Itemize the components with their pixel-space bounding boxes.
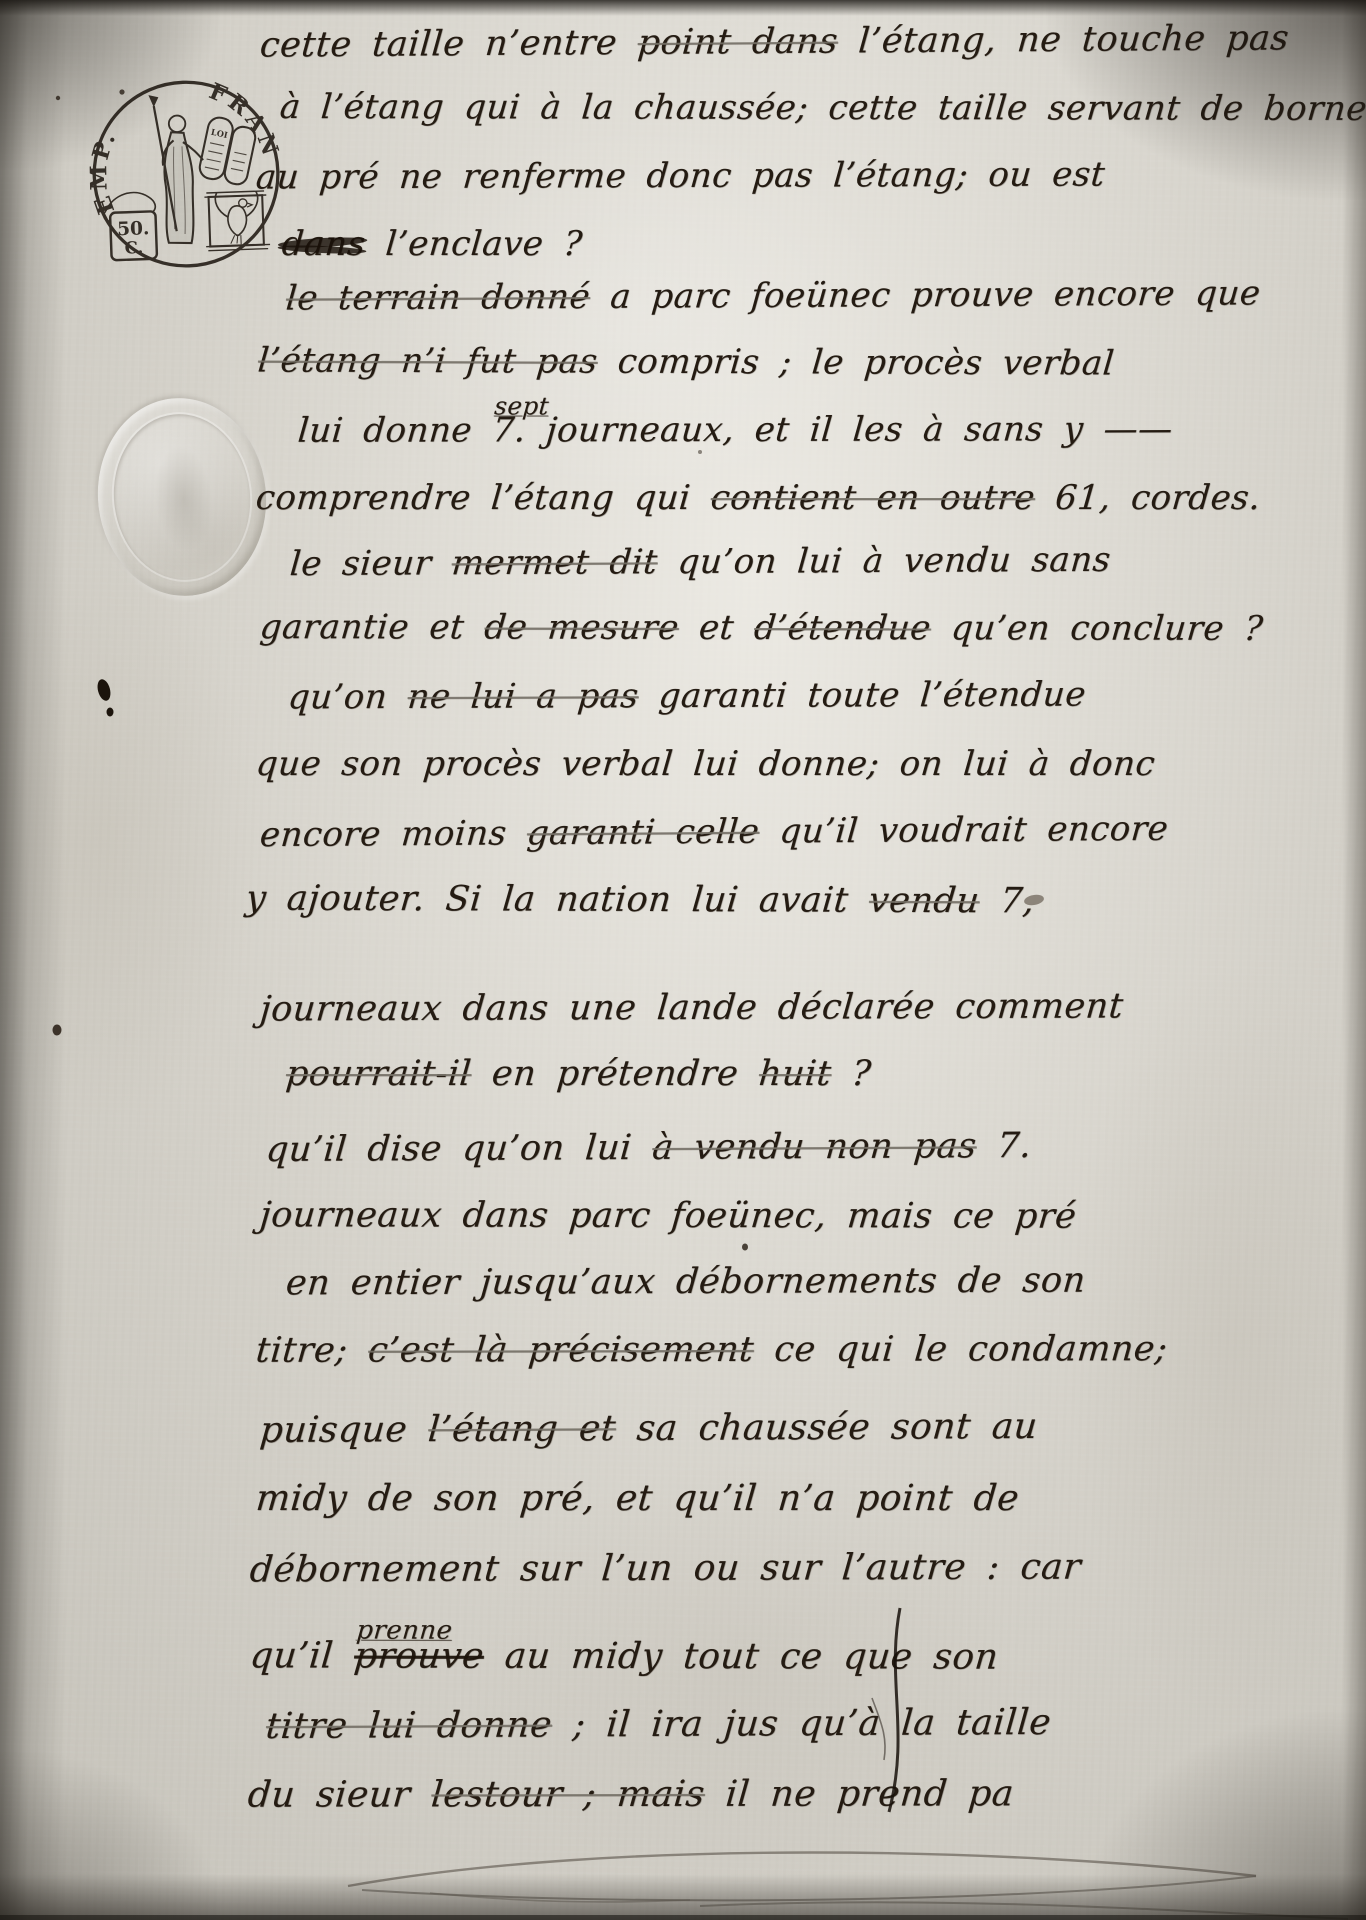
text-segment: que son procès verbal lui donne; on lui … bbox=[254, 744, 1157, 784]
manuscript-line: du sieur lestour ; mais il ne prend pa bbox=[246, 1773, 1015, 1815]
manuscript-line: midy de son pré, et qu’il n’a point de bbox=[254, 1478, 1021, 1519]
manuscript-line: journeaux dans une lande déclarée commen… bbox=[258, 986, 1125, 1029]
text-segment: 61, cordes. bbox=[1033, 478, 1262, 518]
manuscript-line: en entier jusqu’aux débornements de son bbox=[284, 1261, 1087, 1304]
manuscript-line: cette taille n’entre point dans l’étang,… bbox=[258, 18, 1290, 65]
manuscript-line: qu’il prouveprenne au midy tout ce que s… bbox=[248, 1635, 1000, 1677]
pencil-checked-word: contient en outre bbox=[709, 478, 1037, 518]
text-segment: midy de son pré, et qu’il n’a point de bbox=[254, 1478, 1021, 1519]
text-segment: encore moins bbox=[258, 813, 528, 855]
pencil-checked-word: garanti celle bbox=[525, 812, 761, 854]
manuscript-line: encore moins garanti celle qu’il voudrai… bbox=[258, 809, 1169, 855]
manuscript-line: à l’étang qui à la chaussée; cette taill… bbox=[278, 87, 1366, 129]
pencil-checked-word: l’étang et bbox=[427, 1408, 618, 1450]
text-segment: à l’étang qui à la chaussée; cette taill… bbox=[278, 87, 1366, 129]
text-segment: 7. bbox=[975, 1126, 1033, 1166]
pencil-checked-word: le terrain donné bbox=[284, 277, 591, 319]
text-segment: journeaux dans parc foeünec, mais ce pré bbox=[258, 1195, 1078, 1236]
text-segment: qu’il bbox=[248, 1635, 356, 1676]
manuscript-line: y ajouter. Si la nation lui avait vendu … bbox=[244, 879, 1036, 922]
text-segment: qu’on lui à vendu sans bbox=[656, 540, 1113, 582]
manuscript-line: au pré ne renferme donc pas l’étang; ou … bbox=[254, 155, 1106, 198]
manuscript-photo: { "colors": { "ink": "#241b12", "paper":… bbox=[0, 0, 1366, 1920]
text-segment: titre; bbox=[254, 1331, 370, 1371]
text-segment: a parc foeünec prouve encore que bbox=[588, 273, 1262, 317]
text-segment: journeaux, et il les à sans y —— bbox=[524, 409, 1174, 450]
text-segment: du sieur bbox=[246, 1774, 433, 1815]
text-segment: garanti toute l’étendue bbox=[637, 675, 1088, 717]
text-segment: 7, bbox=[978, 881, 1037, 921]
text-segment: comprendre l’étang qui bbox=[254, 478, 712, 518]
manuscript-line: titre lui donne ; il ira jus qu’à la tai… bbox=[264, 1702, 1052, 1747]
text-segment: au pré ne renferme donc pas l’étang; ou … bbox=[254, 155, 1106, 198]
text-segment: ce qui le condamne; bbox=[752, 1329, 1169, 1370]
pencil-checked-word: pourrait-il bbox=[284, 1054, 473, 1094]
manuscript-line: pourrait-il en prétendre huit ? bbox=[284, 1054, 873, 1094]
pencil-checked-word: titre lui donne bbox=[264, 1705, 553, 1748]
struck-word: prouveprenne bbox=[352, 1636, 485, 1677]
text-segment: et bbox=[677, 608, 756, 648]
pencil-checked-word: vendu bbox=[867, 881, 981, 921]
manuscript-line: qu’on ne lui a pas garanti toute l’étend… bbox=[286, 675, 1087, 718]
text-segment: ; il ira jus qu’à la taille bbox=[550, 1702, 1053, 1746]
text-segment: journeaux dans une lande déclarée commen… bbox=[258, 986, 1125, 1029]
pencil-checked-word: mermet dit bbox=[450, 542, 659, 583]
pencil-checked-word: lestour ; mais bbox=[430, 1774, 707, 1815]
text-segment: qu’il voudrait encore bbox=[758, 809, 1170, 852]
text-segment: en entier jusqu’aux débornements de son bbox=[284, 1261, 1087, 1304]
pencil-checked-word: l’étang n’i fut pas bbox=[256, 341, 599, 382]
interlinear-word: prenne bbox=[355, 1615, 454, 1645]
manuscript-line: lui donne 7.sept journeaux, et il les à … bbox=[296, 409, 1174, 451]
pencil-checked-word: à vendu non pas bbox=[651, 1126, 978, 1168]
manuscript-line: journeaux dans parc foeünec, mais ce pré bbox=[258, 1195, 1078, 1236]
text-segment: ? bbox=[830, 1054, 873, 1094]
manuscript-text: cette taille n’entre point dans l’étang,… bbox=[0, 0, 1366, 1920]
text-segment: compris ; le procès verbal bbox=[596, 342, 1116, 384]
scribbled-word: dans bbox=[280, 224, 367, 264]
pencil-checked-word: de mesure bbox=[483, 608, 681, 648]
manuscript-line: garantie et de mesure et d’étendue qu’en… bbox=[258, 607, 1265, 649]
text-segment: lui donne bbox=[296, 410, 494, 450]
text-segment: qu’on bbox=[286, 677, 409, 717]
text-segment: 7.sept bbox=[491, 410, 528, 450]
manuscript-line: dans l’enclave ? bbox=[280, 224, 584, 264]
pencil-checked-word: d’étendue bbox=[752, 608, 932, 648]
text-segment: qu’en conclure ? bbox=[929, 608, 1265, 649]
text-segment: l’enclave ? bbox=[364, 224, 585, 264]
text-segment: en prétendre bbox=[470, 1054, 761, 1094]
text-segment: débornement sur l’un ou sur l’autre : ca… bbox=[248, 1547, 1082, 1591]
text-segment: au midy tout ce que son bbox=[482, 1636, 1000, 1678]
text-segment: cette taille n’entre bbox=[258, 23, 639, 66]
text-segment: qu’il dise qu’on lui bbox=[264, 1128, 654, 1170]
manuscript-line: le terrain donné a parc foeünec prouve e… bbox=[284, 273, 1262, 318]
manuscript-line: le sieur mermet dit qu’on lui à vendu sa… bbox=[288, 540, 1112, 584]
manuscript-line: que son procès verbal lui donne; on lui … bbox=[254, 744, 1157, 784]
text-segment: sa chaussée sont au bbox=[614, 1406, 1039, 1449]
pencil-checked-word: point dans bbox=[636, 22, 839, 63]
text-segment: garantie et bbox=[258, 607, 486, 647]
interlinear-word: sept bbox=[493, 391, 550, 420]
manuscript-line: titre; c’est là précisement ce qui le co… bbox=[254, 1329, 1169, 1371]
manuscript-line: qu’il dise qu’on lui à vendu non pas 7. bbox=[264, 1126, 1033, 1170]
pencil-checked-word: ne lui a pas bbox=[406, 676, 640, 717]
text-segment: l’étang, ne touche pas bbox=[836, 18, 1290, 61]
manuscript-line: l’étang n’i fut pas compris ; le procès … bbox=[256, 341, 1116, 384]
manuscript-line: puisque l’étang et sa chaussée sont au bbox=[258, 1406, 1039, 1451]
text-segment: le sieur bbox=[288, 543, 453, 584]
manuscript-line: débornement sur l’un ou sur l’autre : ca… bbox=[248, 1547, 1082, 1591]
pencil-checked-word: c’est là précisement bbox=[366, 1330, 755, 1371]
pencil-checked-word: huit bbox=[757, 1054, 833, 1094]
text-segment: y ajouter. Si la nation lui avait bbox=[244, 879, 871, 921]
manuscript-line: comprendre l’étang qui contient en outre… bbox=[254, 478, 1262, 518]
text-segment: puisque bbox=[258, 1409, 430, 1451]
text-segment: il ne prend pa bbox=[703, 1773, 1016, 1815]
